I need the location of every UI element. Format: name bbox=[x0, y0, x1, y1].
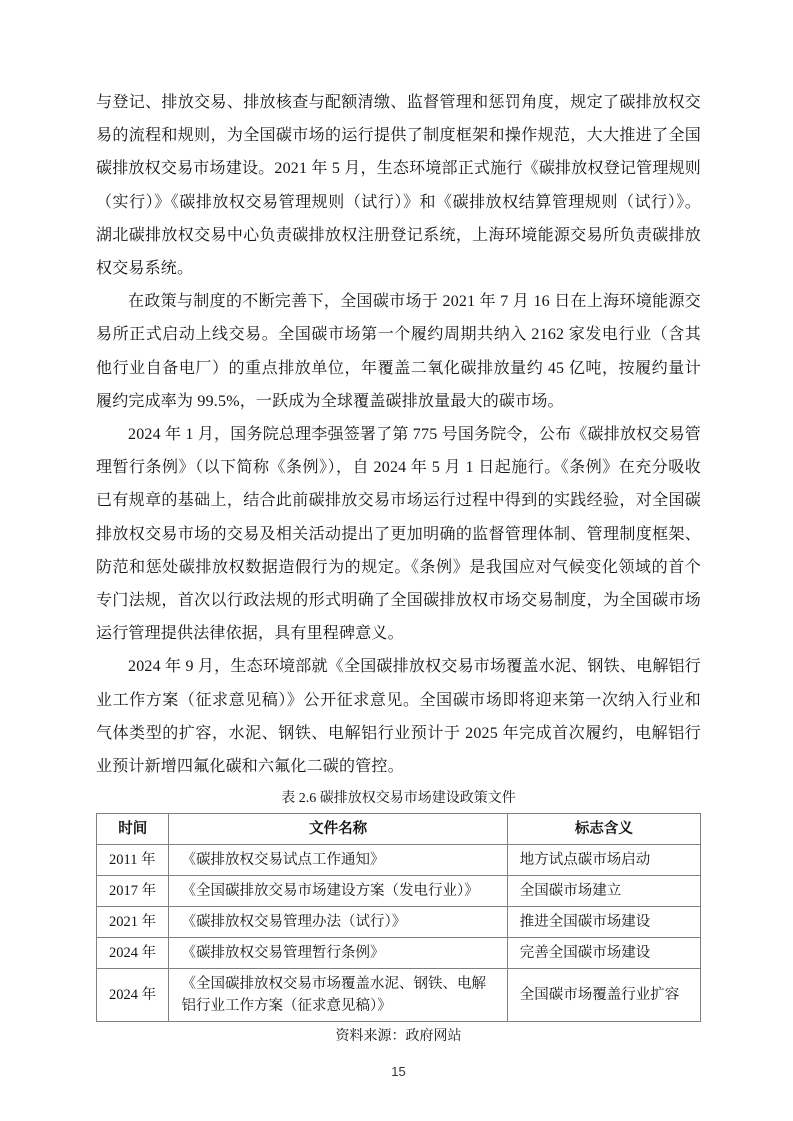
table-source: 资料来源：政府网站 bbox=[96, 1026, 701, 1048]
table-cell-time: 2024 年 bbox=[97, 938, 169, 969]
table-cell-meaning: 推进全国碳市场建设 bbox=[507, 907, 700, 938]
table-cell-time: 2017 年 bbox=[97, 876, 169, 907]
table-header-row: 时间 文件名称 标志含义 bbox=[97, 814, 701, 845]
body-paragraph: 与登记、排放交易、排放核查与配额清缴、监督管理和惩罚角度，规定了碳排放权交易的流… bbox=[96, 86, 701, 285]
table-row: 2024 年 《全国碳排放权交易市场覆盖水泥、钢铁、电解铝行业工作方案（征求意见… bbox=[97, 969, 701, 1022]
table-header-document: 文件名称 bbox=[169, 814, 507, 845]
body-paragraph: 2024 年 9 月，生态环境部就《全国碳排放权交易市场覆盖水泥、钢铁、电解铝行… bbox=[96, 650, 701, 783]
table-cell-document: 《碳排放权交易管理暂行条例》 bbox=[169, 938, 507, 969]
page-number: 15 bbox=[96, 1064, 701, 1079]
table-cell-time: 2021 年 bbox=[97, 907, 169, 938]
table-caption: 表 2.6 碳排放权交易市场建设政策文件 bbox=[96, 787, 701, 811]
table-cell-meaning: 地方试点碳市场启动 bbox=[507, 845, 700, 876]
table-cell-time: 2024 年 bbox=[97, 969, 169, 1022]
table-cell-time: 2011 年 bbox=[97, 845, 169, 876]
document-page: 与登记、排放交易、排放核查与配额清缴、监督管理和惩罚角度，规定了碳排放权交易的流… bbox=[0, 0, 793, 1121]
table-cell-document: 《全国碳排放交易市场建设方案（发电行业）》 bbox=[169, 876, 507, 907]
policy-table: 时间 文件名称 标志含义 2011 年 《碳排放权交易试点工作通知》 地方试点碳… bbox=[96, 813, 701, 1022]
body-paragraph: 在政策与制度的不断完善下，全国碳市场于 2021 年 7 月 16 日在上海环境… bbox=[96, 285, 701, 418]
table-row: 2011 年 《碳排放权交易试点工作通知》 地方试点碳市场启动 bbox=[97, 845, 701, 876]
table-cell-document: 《碳排放权交易管理办法（试行）》 bbox=[169, 907, 507, 938]
table-cell-document: 《全国碳排放权交易市场覆盖水泥、钢铁、电解铝行业工作方案（征求意见稿）》 bbox=[169, 969, 507, 1022]
table-row: 2021 年 《碳排放权交易管理办法（试行）》 推进全国碳市场建设 bbox=[97, 907, 701, 938]
table-cell-meaning: 全国碳市场覆盖行业扩容 bbox=[507, 969, 700, 1022]
table-cell-document: 《碳排放权交易试点工作通知》 bbox=[169, 845, 507, 876]
table-cell-meaning: 完善全国碳市场建设 bbox=[507, 938, 700, 969]
table-cell-meaning: 全国碳市场建立 bbox=[507, 876, 700, 907]
table-header-meaning: 标志含义 bbox=[507, 814, 700, 845]
table-header-time: 时间 bbox=[97, 814, 169, 845]
table-row: 2024 年 《碳排放权交易管理暂行条例》 完善全国碳市场建设 bbox=[97, 938, 701, 969]
table-row: 2017 年 《全国碳排放交易市场建设方案（发电行业）》 全国碳市场建立 bbox=[97, 876, 701, 907]
body-text-block: 与登记、排放交易、排放核查与配额清缴、监督管理和惩罚角度，规定了碳排放权交易的流… bbox=[96, 86, 701, 783]
body-paragraph: 2024 年 1 月，国务院总理李强签署了第 775 号国务院令，公布《碳排放权… bbox=[96, 418, 701, 650]
